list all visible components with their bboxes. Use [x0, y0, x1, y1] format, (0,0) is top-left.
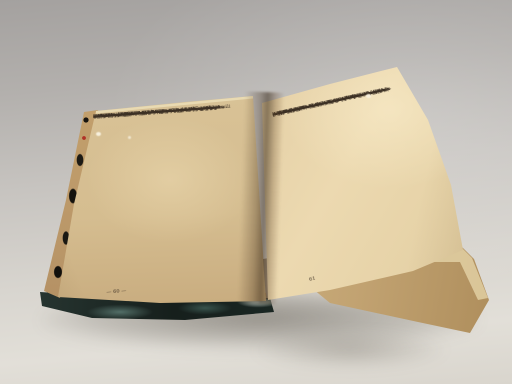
- floor-shadow: [250, 330, 450, 370]
- photo-of-open-book: — A więc pan już głównym bandytą został?…: [0, 0, 512, 384]
